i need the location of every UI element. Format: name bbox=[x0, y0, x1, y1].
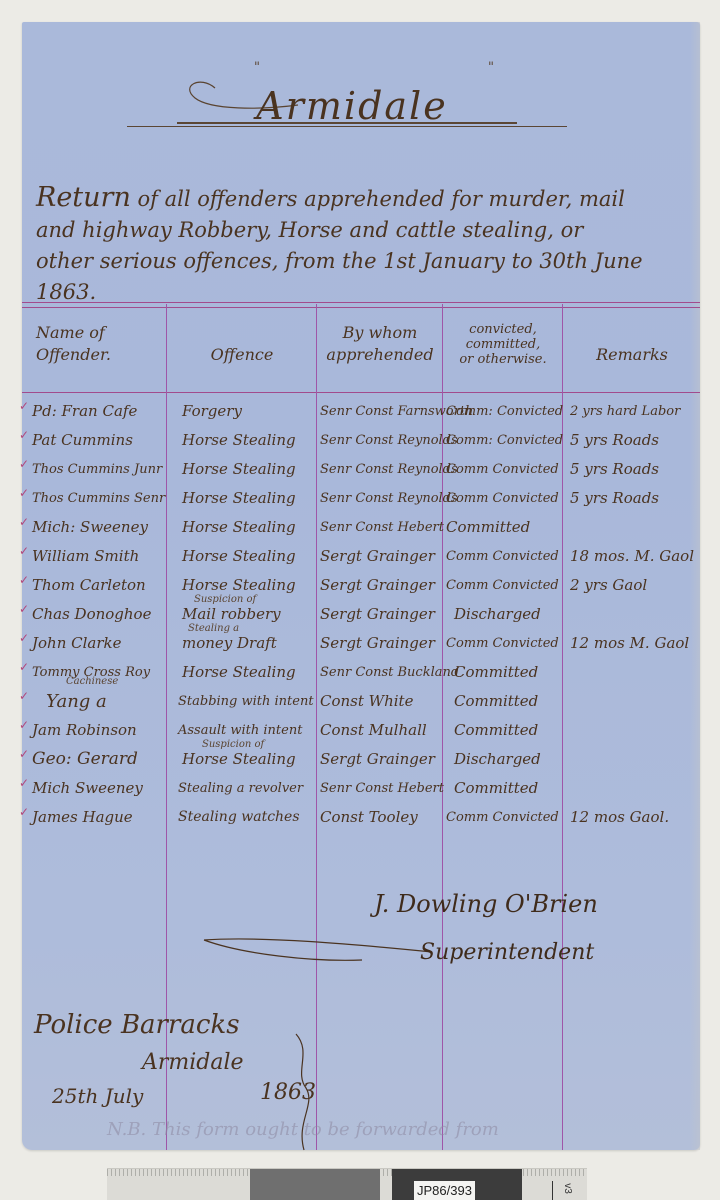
header-top-rule-2 bbox=[22, 307, 700, 308]
column-header-remarks-line1 bbox=[564, 322, 700, 344]
table-row: ✓ Mich: Sweeney Horse Stealing Senr Cons… bbox=[22, 513, 700, 542]
column-header-outcome-line1: convicted, bbox=[444, 322, 562, 337]
offender-name: Yang a bbox=[46, 687, 107, 716]
apprehended-by: Senr Const Hebert bbox=[320, 513, 444, 542]
intro-paragraph: Return of all offenders apprehended for … bbox=[36, 182, 686, 308]
title-underline-thin bbox=[127, 126, 567, 127]
offender-name: James Hague bbox=[32, 803, 133, 832]
outcome: Comm Convicted bbox=[446, 629, 559, 658]
check-mark-icon: ✓ bbox=[19, 776, 29, 790]
apprehended-by: Senr Const Hebert bbox=[320, 774, 444, 803]
signature-name: J. Dowling O'Brien bbox=[374, 890, 598, 918]
apprehended-by: Sergt Grainger bbox=[320, 600, 435, 629]
column-header-offence-line2: Offence bbox=[168, 344, 316, 366]
outcome: Discharged bbox=[454, 745, 541, 774]
column-header-outcome-line2: committed, bbox=[444, 337, 562, 352]
offender-name: Mich: Sweeney bbox=[32, 513, 148, 542]
offence: Stabbing with intent bbox=[178, 687, 314, 716]
check-mark-icon: ✓ bbox=[19, 718, 29, 732]
intro-line-1: of all offenders apprehended for murder,… bbox=[131, 187, 625, 211]
check-mark-icon: ✓ bbox=[19, 602, 29, 616]
outcome: Discharged bbox=[454, 600, 541, 629]
check-mark-icon: ✓ bbox=[19, 660, 29, 674]
outcome: Comm Convicted bbox=[446, 542, 559, 571]
ruler-marker bbox=[552, 1181, 553, 1200]
title-underline bbox=[177, 122, 517, 124]
table-row: ✓ Pat Cummins Horse Stealing Senr Const … bbox=[22, 426, 700, 455]
check-mark-icon: ✓ bbox=[19, 399, 29, 413]
offence: Stealing watches bbox=[178, 803, 300, 832]
check-mark-icon: ✓ bbox=[19, 689, 29, 703]
offender-name: Geo: Gerard bbox=[32, 745, 138, 774]
offence: Horse Stealing bbox=[182, 745, 296, 774]
header-bottom-rule bbox=[22, 392, 700, 393]
archive-scale-ruler: JP86/393 v3 bbox=[107, 1168, 587, 1200]
offender-name: Thos Cummins Junr bbox=[32, 455, 162, 484]
apprehended-by: Const Mulhall bbox=[320, 716, 427, 745]
offender-name: Chas Donoghoe bbox=[32, 600, 151, 629]
place-line-2: Armidale bbox=[142, 1050, 244, 1075]
remarks: 5 yrs Roads bbox=[570, 484, 659, 513]
apprehended-by: Senr Const Reynolds bbox=[320, 426, 458, 455]
check-mark-icon: ✓ bbox=[19, 573, 29, 587]
table-row: ✓ Geo: Gerard Suspicion of Horse Stealin… bbox=[22, 745, 700, 774]
table-row: ✓ Chas Donoghoe Suspicion of Mail robber… bbox=[22, 600, 700, 629]
check-mark-icon: ✓ bbox=[19, 631, 29, 645]
table-row: ✓ John Clarke Stealing a money Draft Ser… bbox=[22, 629, 700, 658]
outcome: Comm: Convicted bbox=[446, 426, 563, 455]
offence: Horse Stealing bbox=[182, 513, 296, 542]
apprehended-by: Senr Const Reynolds bbox=[320, 484, 458, 513]
column-header-name-line1: Name of bbox=[36, 322, 176, 344]
column-header-remarks: Remarks bbox=[564, 322, 700, 366]
offence: Horse Stealing bbox=[182, 426, 296, 455]
intro-first-word: Return bbox=[36, 182, 131, 213]
apprehended-by: Const White bbox=[320, 687, 413, 716]
remarks: 5 yrs Roads bbox=[570, 455, 659, 484]
outcome: Committed bbox=[454, 716, 538, 745]
table-row: ✓ Thos Cummins Senr Horse Stealing Senr … bbox=[22, 484, 700, 513]
offender-name: Pat Cummins bbox=[32, 426, 133, 455]
outcome: Committed bbox=[446, 513, 530, 542]
check-mark-icon: ✓ bbox=[19, 805, 29, 819]
column-header-apprehended-line2: apprehended bbox=[318, 344, 442, 366]
apprehended-by: Const Tooley bbox=[320, 803, 418, 832]
header-top-rule bbox=[22, 302, 700, 303]
remarks: 2 yrs hard Labor bbox=[570, 397, 680, 426]
outcome: Committed bbox=[454, 687, 538, 716]
offender-name: Pd: Fran Cafe bbox=[32, 397, 137, 426]
check-mark-icon: ✓ bbox=[19, 515, 29, 529]
outcome: Comm Convicted bbox=[446, 571, 559, 600]
table-row: ✓ Yang a Stabbing with intent Const Whit… bbox=[22, 687, 700, 716]
check-mark-icon: ✓ bbox=[19, 457, 29, 471]
offence: Stealing a revolver bbox=[178, 774, 303, 803]
column-header-offence-line1 bbox=[168, 322, 316, 344]
offender-name: John Clarke bbox=[32, 629, 122, 658]
ruler-gray-block bbox=[250, 1169, 380, 1200]
signature-title: Superintendent bbox=[420, 940, 594, 965]
document-sheet: " " Armidale Return of all offenders app… bbox=[22, 22, 700, 1150]
offence: Forgery bbox=[182, 397, 242, 426]
offence: Horse Stealing bbox=[182, 484, 296, 513]
outcome: Comm: Convicted bbox=[446, 397, 563, 426]
remarks: 12 mos M. Gaol bbox=[570, 629, 689, 658]
offender-name: Mich Sweeney bbox=[32, 774, 143, 803]
check-mark-icon: ✓ bbox=[19, 428, 29, 442]
column-header-outcome: convicted, committed, or otherwise. bbox=[444, 322, 562, 367]
outcome: Comm Convicted bbox=[446, 803, 559, 832]
date-day-month: 25th July bbox=[52, 1084, 143, 1108]
intro-line-3: other serious offences, from the 1st Jan… bbox=[36, 246, 686, 277]
table-row: ✓ William Smith Horse Stealing Sergt Gra… bbox=[22, 542, 700, 571]
outcome: Committed bbox=[454, 658, 538, 687]
signature-flourish-icon bbox=[202, 930, 442, 970]
offender-name-subscript: Cachinese bbox=[66, 676, 118, 687]
offender-name: Jam Robinson bbox=[32, 716, 137, 745]
apprehended-by: Sergt Grainger bbox=[320, 745, 435, 774]
offence: money Draft bbox=[182, 629, 277, 658]
table-row: ✓ Mich Sweeney Stealing a revolver Senr … bbox=[22, 774, 700, 803]
remarks: 12 mos Gaol. bbox=[570, 803, 669, 832]
column-header-apprehended: By whom apprehended bbox=[318, 322, 442, 366]
table-row: ✓ James Hague Stealing watches Const Too… bbox=[22, 803, 700, 832]
intro-line-2: and highway Robbery, Horse and cattle st… bbox=[36, 215, 686, 246]
column-header-apprehended-line1: By whom bbox=[318, 322, 442, 344]
table-row: ✓ Jam Robinson Assault with intent Const… bbox=[22, 716, 700, 745]
apprehended-by: Senr Const Buckland bbox=[320, 658, 459, 687]
apprehended-by: Senr Const Reynolds bbox=[320, 455, 458, 484]
table-row: ✓ Tommy Cross Roy Cachinese Horse Steali… bbox=[22, 658, 700, 687]
remarks: 5 yrs Roads bbox=[570, 426, 659, 455]
archive-reference-label: JP86/393 bbox=[414, 1181, 475, 1200]
check-mark-icon: ✓ bbox=[19, 544, 29, 558]
table-row: ✓ Thom Carleton Horse Stealing Sergt Gra… bbox=[22, 571, 700, 600]
intro-line-4: 1863. bbox=[36, 277, 686, 308]
check-mark-icon: ✓ bbox=[19, 747, 29, 761]
offence: Horse Stealing bbox=[182, 455, 296, 484]
offender-name: Thos Cummins Senr bbox=[32, 484, 165, 513]
offence: Horse Stealing bbox=[182, 542, 296, 571]
outcome: Comm Convicted bbox=[446, 484, 559, 513]
check-mark-icon: ✓ bbox=[19, 486, 29, 500]
title-close-quote: " bbox=[488, 60, 494, 75]
column-header-name: Name of Offender. bbox=[24, 322, 176, 366]
archive-side-label: v3 bbox=[562, 1183, 573, 1194]
offender-name: William Smith bbox=[32, 542, 139, 571]
offence: Horse Stealing bbox=[182, 658, 296, 687]
table-row: ✓ Pd: Fran Cafe Forgery Senr Const Farns… bbox=[22, 397, 700, 426]
outcome: Committed bbox=[454, 774, 538, 803]
column-header-outcome-line3: or otherwise. bbox=[444, 352, 562, 367]
column-header-offence: Offence bbox=[168, 322, 316, 366]
apprehended-by: Sergt Grainger bbox=[320, 629, 435, 658]
remarks: 2 yrs Gaol bbox=[570, 571, 647, 600]
remarks: 18 mos. M. Gaol bbox=[570, 542, 694, 571]
table-row: ✓ Thos Cummins Junr Horse Stealing Senr … bbox=[22, 455, 700, 484]
column-header-name-line2: Offender. bbox=[36, 344, 176, 366]
faint-note: N.B. This form ought to be forwarded fro… bbox=[107, 1119, 499, 1140]
place-line-1: Police Barracks bbox=[34, 1010, 240, 1040]
outcome: Comm Convicted bbox=[446, 455, 559, 484]
apprehended-by: Sergt Grainger bbox=[320, 542, 435, 571]
offender-name: Thom Carleton bbox=[32, 571, 146, 600]
apprehended-by: Sergt Grainger bbox=[320, 571, 435, 600]
column-header-remarks-line2: Remarks bbox=[564, 344, 700, 366]
